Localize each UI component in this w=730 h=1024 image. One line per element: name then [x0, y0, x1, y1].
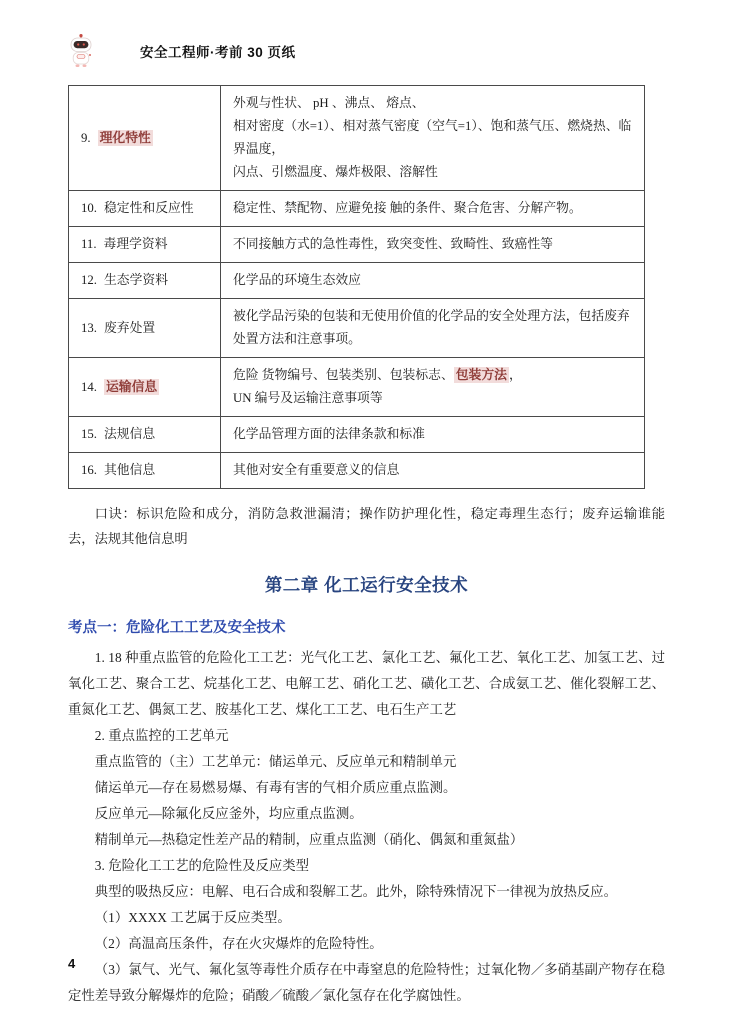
- row-label-cell: 9.理化特性: [69, 86, 221, 191]
- body-paragraph: 反应单元—除氟化反应釜外，均应重点监测。: [68, 801, 665, 827]
- row-label: 废弃处置: [104, 321, 155, 335]
- document-page: 安全工程师·考前 30 页纸 9.理化特性 外观与性状、 pH 、沸点、 熔点、…: [0, 0, 730, 1009]
- body-paragraph: 典型的吸热反应：电解、电石合成和裂解工艺。此外，除特殊情况下一律视为放热反应。: [68, 879, 665, 905]
- row-content-pre: 危险 货物编号、包装类别、包装标志、: [233, 368, 454, 382]
- row-number: 14.: [81, 380, 97, 394]
- row-content: 化学品管理方面的法律条款和标准: [233, 427, 425, 441]
- body-paragraph: 2. 重点监控的工艺单元: [68, 723, 665, 749]
- section-title: 考点一：危险化工工艺及安全技术: [68, 616, 665, 637]
- row-number: 9.: [81, 131, 91, 145]
- row-content: 其他对安全有重要意义的信息: [233, 463, 399, 477]
- body-paragraph: （2）高温高压条件，存在火灾爆炸的危险特性。: [68, 931, 665, 957]
- body-paragraph: 储运单元—存在易燃易爆、有毒有害的气相介质应重点监测。: [68, 775, 665, 801]
- body-text: 1. 18 种重点监管的危险化工工艺：光气化工艺、氯化工艺、氟化工艺、氧化工艺、…: [68, 645, 665, 1009]
- row-number: 11.: [81, 237, 97, 251]
- row-number: 12.: [81, 273, 97, 287]
- body-paragraph: 1. 18 种重点监管的危险化工工艺：光气化工艺、氯化工艺、氟化工艺、氧化工艺、…: [68, 645, 665, 723]
- row-content-cell: 稳定性、禁配物、应避免接 触的条件、聚合危害、分解产物。: [221, 191, 645, 227]
- row-label-cell: 14.运输信息: [69, 358, 221, 417]
- table-row: 9.理化特性 外观与性状、 pH 、沸点、 熔点、 相对密度（水=1）、相对蒸气…: [69, 86, 645, 191]
- row-content-cell: 其他对安全有重要意义的信息: [221, 453, 645, 489]
- row-label-cell: 12.生态学资料: [69, 263, 221, 299]
- body-paragraph: 3. 危险化工工艺的危险性及反应类型: [68, 853, 665, 879]
- body-paragraph: （1）XXXX 工艺属于反应类型。: [68, 905, 665, 931]
- document-title: 安全工程师·考前 30 页纸: [140, 41, 296, 61]
- table-row: 14.运输信息 危险 货物编号、包装类别、包装标志、包装方法， UN 编号及运输…: [69, 358, 645, 417]
- row-label-cell: 16.其他信息: [69, 453, 221, 489]
- body-paragraph: 精制单元—热稳定性差产品的精制，应重点监测（硝化、偶氮和重氮盐）: [68, 827, 665, 853]
- row-label-cell: 13.废弃处置: [69, 299, 221, 358]
- table-row: 15.法规信息 化学品管理方面的法律条款和标准: [69, 417, 645, 453]
- row-label: 毒理学资料: [104, 237, 168, 251]
- table-row: 12.生态学资料 化学品的环境生态效应: [69, 263, 645, 299]
- row-content: 化学品的环境生态效应: [233, 273, 361, 287]
- row-label-cell: 10.稳定性和反应性: [69, 191, 221, 227]
- row-content: 不同接触方式的急性毒性，致突变性、致畸性、致癌性等: [233, 237, 553, 251]
- row-content: 危险 货物编号、包装类别、包装标志、包装方法， UN 编号及运输注意事项等: [233, 367, 522, 405]
- page-number: 4: [68, 956, 75, 971]
- mnemonic-paragraph: 口诀：标识危险和成分，消防急救泄漏清；操作防护理化性，稳定毒理生态行；废弃运输谁…: [68, 501, 665, 551]
- row-content-cell: 化学品管理方面的法律条款和标准: [221, 417, 645, 453]
- row-label-highlighted: 运输信息: [104, 379, 159, 395]
- row-label: 稳定性和反应性: [104, 201, 194, 215]
- row-label: 法规信息: [104, 427, 155, 441]
- sds-info-table: 9.理化特性 外观与性状、 pH 、沸点、 熔点、 相对密度（水=1）、相对蒸气…: [68, 85, 645, 489]
- table-row: 11.毒理学资料 不同接触方式的急性毒性，致突变性、致畸性、致癌性等: [69, 227, 645, 263]
- row-content-cell: 被化学品污染的包装和无使用价值的化学品的安全处理方法，包括废弃处置方法和注意事项…: [221, 299, 645, 358]
- row-label-cell: 15.法规信息: [69, 417, 221, 453]
- row-content-cell: 外观与性状、 pH 、沸点、 熔点、 相对密度（水=1）、相对蒸气密度（空气=1…: [221, 86, 645, 191]
- table-row: 13.废弃处置 被化学品污染的包装和无使用价值的化学品的安全处理方法，包括废弃处…: [69, 299, 645, 358]
- row-content-cell: 危险 货物编号、包装类别、包装标志、包装方法， UN 编号及运输注意事项等: [221, 358, 645, 417]
- row-label: 生态学资料: [104, 273, 168, 287]
- body-paragraph: 重点监管的（主）工艺单元：储运单元、反应单元和精制单元: [68, 749, 665, 775]
- row-number: 16.: [81, 463, 97, 477]
- chapter-title: 第二章 化工运行安全技术: [68, 572, 665, 597]
- row-label: 其他信息: [104, 463, 155, 477]
- page-header: 安全工程师·考前 30 页纸: [68, 30, 665, 72]
- table-row: 16.其他信息 其他对安全有重要意义的信息: [69, 453, 645, 489]
- row-content: 稳定性、禁配物、应避免接 触的条件、聚合危害、分解产物。: [233, 201, 582, 215]
- table-row: 10.稳定性和反应性 稳定性、禁配物、应避免接 触的条件、聚合危害、分解产物。: [69, 191, 645, 227]
- row-number: 10.: [81, 201, 97, 215]
- row-number: 13.: [81, 321, 97, 335]
- robot-mascot-icon: [68, 33, 94, 69]
- body-paragraph: （3）氯气、光气、氟化氢等毒性介质存在中毒窒息的危险特性；过氧化物／多硝基副产物…: [68, 957, 665, 1009]
- row-label-highlighted: 理化特性: [98, 130, 153, 146]
- row-content-cell: 不同接触方式的急性毒性，致突变性、致畸性、致癌性等: [221, 227, 645, 263]
- row-content-highlighted-term: 包装方法: [454, 367, 509, 383]
- row-number: 15.: [81, 427, 97, 441]
- row-content: 外观与性状、 pH 、沸点、 熔点、 相对密度（水=1）、相对蒸气密度（空气=1…: [233, 96, 631, 179]
- row-content-cell: 化学品的环境生态效应: [221, 263, 645, 299]
- row-content: 被化学品污染的包装和无使用价值的化学品的安全处理方法，包括废弃处置方法和注意事项…: [233, 309, 630, 346]
- row-label-cell: 11.毒理学资料: [69, 227, 221, 263]
